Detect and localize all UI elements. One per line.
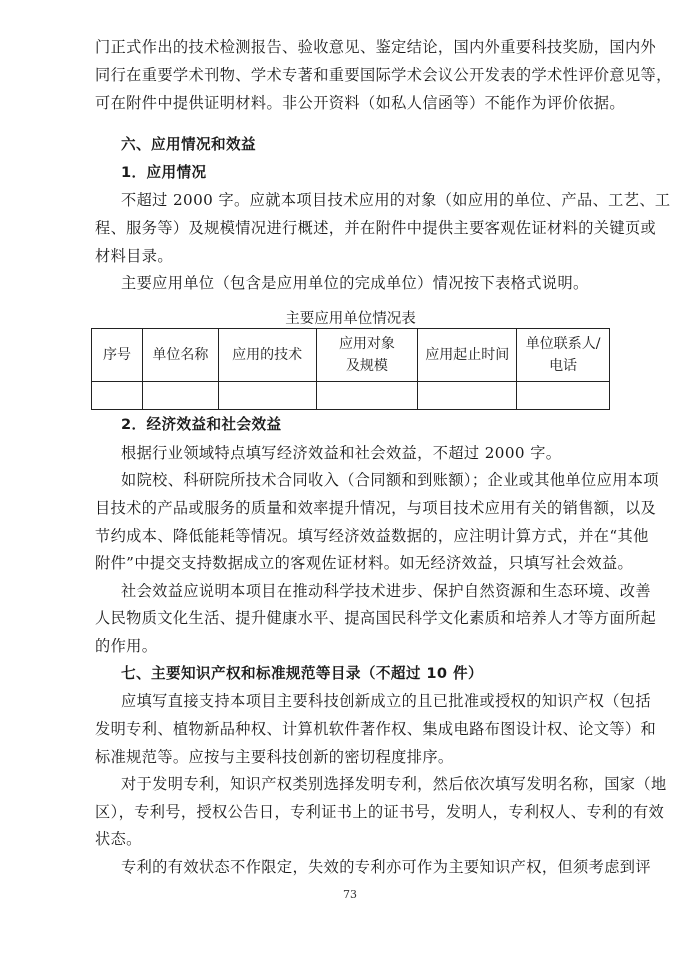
header-cell-object-scale: 应用对象 及规模 — [316, 329, 418, 382]
header-text: 单位名称 — [152, 347, 208, 363]
section-heading: 七、主要知识产权和标准规范等目录（不超过 10 件） — [121, 664, 633, 684]
body-text-line: 专利的有效状态不作限定，失效的专利亦可作为主要知识产权，但须考虑到评 — [121, 857, 607, 877]
body-text-line: 状态。 — [95, 829, 607, 849]
body-text-line: 应填写直接支持本项目主要科技创新成立的且已批准或授权的知识产权（包括 — [121, 691, 607, 711]
table-caption: 主要应用单位情况表 — [91, 310, 610, 328]
header-text: 序号 — [103, 347, 131, 363]
header-text: 应用对象 — [317, 333, 418, 355]
document-page: 门正式作出的技术检测报告、验收意见、鉴定结论，国内外重要科技奖励，国内外 同行在… — [0, 0, 700, 956]
header-cell-contact: 单位联系人/ 电话 — [517, 329, 610, 382]
header-cell-unit-name: 单位名称 — [142, 329, 218, 382]
body-text-line: 门正式作出的技术检测报告、验收意见、鉴定结论，国内外重要科技奖励，国内外 — [95, 37, 607, 57]
body-text-line: 根据行业领域特点填写经济效益和社会效益，不超过 2000 字。 — [121, 443, 633, 463]
table-cell — [418, 382, 517, 410]
body-text-line: 发明专利、植物新品种权、计算机软件著作权、集成电路布图设计权、论文等）和 — [95, 719, 607, 739]
section-heading: 六、应用情况和效益 — [121, 135, 633, 155]
body-text-line: 程、服务等）及规模情况进行概述，并在附件中提供主要客观佐证材料的关键页或 — [95, 218, 607, 238]
table-cell — [316, 382, 418, 410]
body-text-line: 标准规范等。应按与主要科技创新的密切程度排序。 — [95, 747, 607, 767]
table-cell — [142, 382, 218, 410]
body-text-line: 材料目录。 — [95, 246, 607, 266]
body-text-line: 主要应用单位（包含是应用单位的完成单位）情况按下表格式说明。 — [121, 273, 633, 293]
subsection-heading: 2．经济效益和社会效益 — [121, 415, 633, 435]
subsection-heading: 1．应用情况 — [121, 163, 633, 183]
header-text: 应用起止时间 — [425, 347, 509, 363]
table-cell — [517, 382, 610, 410]
body-text-line: 如院校、科研院所技术合同收入（合同额和到账额）；企业或其他单位应用本项 — [121, 470, 607, 490]
body-text-line: 区），专利号，授权公告日，专利证书上的证书号，发明人，专利权人、专利的有效 — [95, 802, 607, 822]
table-cell — [92, 382, 143, 410]
table-row — [92, 382, 610, 410]
header-cell-index: 序号 — [92, 329, 143, 382]
header-text: 应用的技术 — [232, 347, 302, 363]
header-cell-technology: 应用的技术 — [218, 329, 316, 382]
body-text-line: 对于发明专利，知识产权类别选择发明专利，然后依次填写发明名称，国家（地 — [121, 774, 607, 794]
application-units-table: 序号 单位名称 应用的技术 应用对象 及规模 应用起止时间 单位联系人/ 电话 — [91, 328, 610, 410]
body-text-line: 社会效益应说明本项目在推动科学技术进步、保护自然资源和生态环境、改善 — [121, 581, 607, 601]
body-text-line: 可在附件中提供证明材料。非公开资料（如私人信函等）不能作为评价依据。 — [95, 93, 607, 113]
body-text-line: 人民物质文化生活、提升健康水平、提高国民科学文化素质和培养人才等方面所起 — [95, 608, 607, 628]
header-cell-period: 应用起止时间 — [418, 329, 517, 382]
header-text: 及规模 — [317, 355, 418, 377]
body-text-line: 目技术的产品或服务的质量和效率提升情况，与项目技术应用有关的销售额，以及 — [95, 498, 607, 518]
body-text-line: 附件”中提交支持数据成立的客观佐证材料。如无经济效益，只填写社会效益。 — [95, 553, 607, 573]
body-text-line: 同行在重要学术刊物、学术专著和重要国际学术会议公开发表的学术性评价意见等， — [95, 65, 607, 85]
table-cell — [218, 382, 316, 410]
header-text: 电话 — [517, 355, 609, 377]
page-number: 73 — [0, 888, 700, 901]
body-text-line: 的作用。 — [95, 636, 607, 656]
table-header-row: 序号 单位名称 应用的技术 应用对象 及规模 应用起止时间 单位联系人/ 电话 — [92, 329, 610, 382]
body-text-line: 节约成本、降低能耗等情况。填写经济效益数据的，应注明计算方式，并在“其他 — [95, 526, 607, 546]
header-text: 单位联系人/ — [517, 333, 609, 355]
body-text-line: 不超过 2000 字。应就本项目技术应用的对象（如应用的单位、产品、工艺、工 — [121, 190, 607, 210]
